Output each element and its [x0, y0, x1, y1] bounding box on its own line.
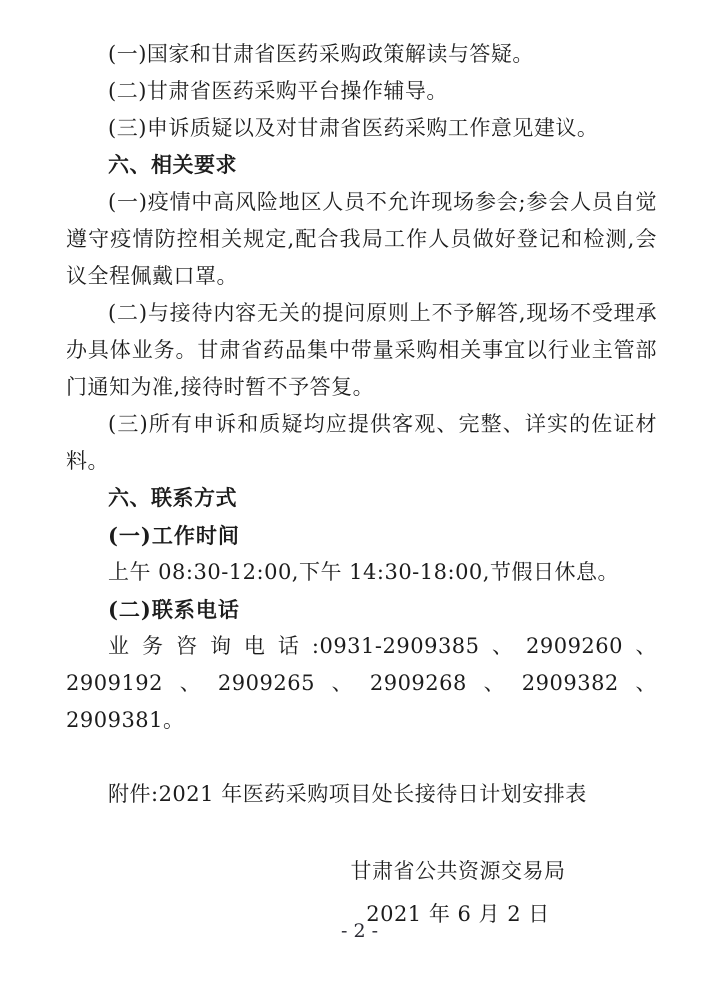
section-heading-contact: 六、联系方式 [66, 480, 657, 517]
phone-numbers-text: 业务咨询电话:0931-2909385、2909260、2909192、2909… [66, 628, 657, 739]
intro-item-policy-interpretation: (一)国家和甘肃省医药采购政策解读与答疑。 [66, 36, 657, 73]
intro-item-appeal-suggestions: (三)申诉质疑以及对甘肃省医药采购工作意见建议。 [66, 110, 657, 147]
document-page: (一)国家和甘肃省医药采购政策解读与答疑。 (二)甘肃省医药采购平台操作辅导。 … [0, 0, 719, 998]
page-footer: - 2 - [0, 920, 719, 942]
document-body: (一)国家和甘肃省医药采购政策解读与答疑。 (二)甘肃省医药采购平台操作辅导。 … [0, 0, 719, 936]
subheading-phone: (二)联系电话 [66, 591, 657, 628]
requirement-item-evidence-materials: (三)所有申诉和质疑均应提供客观、完整、详实的佐证材料。 [66, 406, 657, 480]
requirement-item-question-scope: (二)与接待内容无关的提问原则上不予解答,现场不受理承办具体业务。甘肃省药品集中… [66, 295, 657, 406]
requirement-item-epidemic-control: (一)疫情中高风险地区人员不允许现场参会;参会人员自觉遵守疫情防控相关规定,配合… [66, 184, 657, 295]
attachment-reference: 附件:2021 年医药采购项目处长接待日计划安排表 [66, 776, 657, 813]
issuing-organization: 甘肃省公共资源交易局 [349, 850, 567, 893]
page-number: - 2 - [341, 920, 378, 942]
intro-item-platform-guidance: (二)甘肃省医药采购平台操作辅导。 [66, 73, 657, 110]
work-time-text: 上午 08:30-12:00,下午 14:30-18:00,节假日休息。 [66, 554, 657, 591]
section-heading-requirements: 六、相关要求 [66, 147, 657, 184]
subheading-work-time: (一)工作时间 [66, 517, 657, 554]
